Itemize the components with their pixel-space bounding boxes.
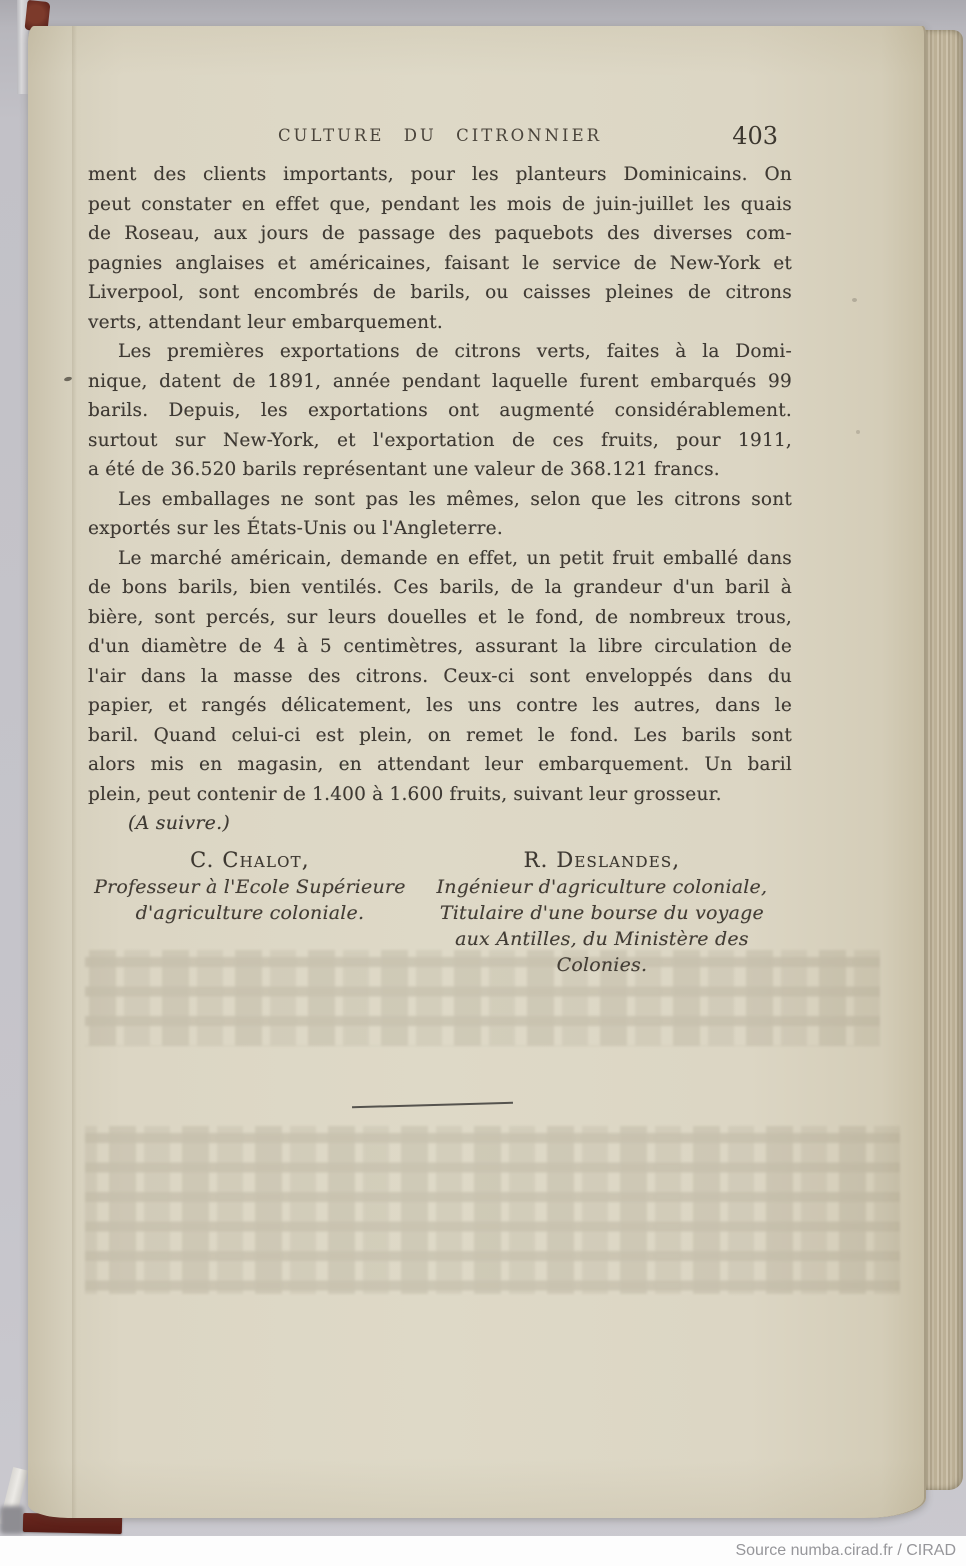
ink-speck [856, 430, 860, 434]
author-title: Titulaire d'une bourse du voyage [412, 900, 792, 926]
author-signatures: C. Chalot, Professeur à l'Ecole Supérieu… [88, 846, 792, 978]
text-line: ment des clients importants, pour les pl… [88, 160, 792, 190]
gutter-crease [72, 26, 77, 1518]
text-line: pagnies anglaises et américaines, faisan… [88, 249, 792, 279]
paragraph-3: Les emballages ne sont pas les mêmes, se… [88, 485, 792, 544]
ink-showthrough-lower [85, 1126, 900, 1294]
text-line: papier, et rangés délicatement, les uns … [88, 691, 792, 721]
scanned-book-page: CULTURE DU CITRONNIER 403 ment des clien… [28, 26, 926, 1518]
text-line: barils. Depuis, les exportations ont aug… [88, 396, 792, 426]
paragraph-1: ment des clients importants, pour les pl… [88, 160, 792, 337]
text-line: peut constater en effet que, pendant les… [88, 190, 792, 220]
paragraph-4: Le marché américain, demande en effet, u… [88, 544, 792, 810]
scan-backdrop: CULTURE DU CITRONNIER 403 ment des clien… [0, 0, 966, 1566]
author-title: d'agriculture coloniale. [88, 900, 412, 926]
source-credit-text: Source numba.cirad.fr / CIRAD [735, 1542, 956, 1560]
page-header: CULTURE DU CITRONNIER 403 [88, 122, 792, 146]
author-title: Professeur à l'Ecole Supérieure [88, 874, 412, 900]
text-line: alors mis en magasin, en attendant leur … [88, 750, 792, 780]
text-line: surtout sur New-York, et l'exportation d… [88, 426, 792, 456]
text-line: Les emballages ne sont pas les mêmes, se… [88, 485, 792, 515]
to-be-continued-note: (A suivre.) [88, 809, 792, 839]
text-line: Liverpool, sont encombrés de barils, ou … [88, 278, 792, 308]
ink-speck [852, 298, 857, 302]
text-line: plein, peut contenir de 1.400 à 1.600 fr… [88, 780, 792, 810]
signature-deslandes: R. Deslandes, Ingénieur d'agriculture co… [412, 846, 792, 978]
text-line: l'air dans la masse des citrons. Ceux-ci… [88, 662, 792, 692]
page-text-block: CULTURE DU CITRONNIER 403 ment des clien… [88, 122, 792, 978]
text-line: verts, attendant leur embarquement. [88, 308, 792, 338]
text-line: d'un diamètre de 4 à 5 centimètres, assu… [88, 632, 792, 662]
body-text: ment des clients importants, pour les pl… [88, 160, 792, 978]
text-line: bière, sont percés, sur leurs douelles e… [88, 603, 792, 633]
page-number: 403 [732, 122, 778, 150]
text-line: Les premières exportations de citrons ve… [88, 337, 792, 367]
text-line: exportés sur les États-Unis ou l'Anglete… [88, 514, 792, 544]
running-title: CULTURE DU CITRONNIER [88, 126, 792, 145]
paragraph-2: Les premières exportations de citrons ve… [88, 337, 792, 485]
signature-chalot: C. Chalot, Professeur à l'Ecole Supérieu… [88, 846, 412, 978]
text-line: de Roseau, aux jours de passage des paqu… [88, 219, 792, 249]
author-name: R. Deslandes, [412, 846, 792, 874]
text-line: a été de 36.520 barils représentant une … [88, 455, 792, 485]
text-line: baril. Quand celui-ci est plein, on reme… [88, 721, 792, 751]
author-name: C. Chalot, [88, 846, 412, 874]
text-line: Le marché américain, demande en effet, u… [88, 544, 792, 574]
author-title: aux Antilles, du Ministère des Colonies. [412, 926, 792, 978]
source-attribution-bar: Source numba.cirad.fr / CIRAD [0, 1536, 966, 1566]
text-line: nique, datent de 1891, année pendant laq… [88, 367, 792, 397]
shadow-smudge-bottom [0, 1506, 24, 1534]
author-title: Ingénieur d'agriculture coloniale, [412, 874, 792, 900]
section-divider-rule [352, 1102, 513, 1108]
text-line: de bons barils, bien ventilés. Ces baril… [88, 573, 792, 603]
